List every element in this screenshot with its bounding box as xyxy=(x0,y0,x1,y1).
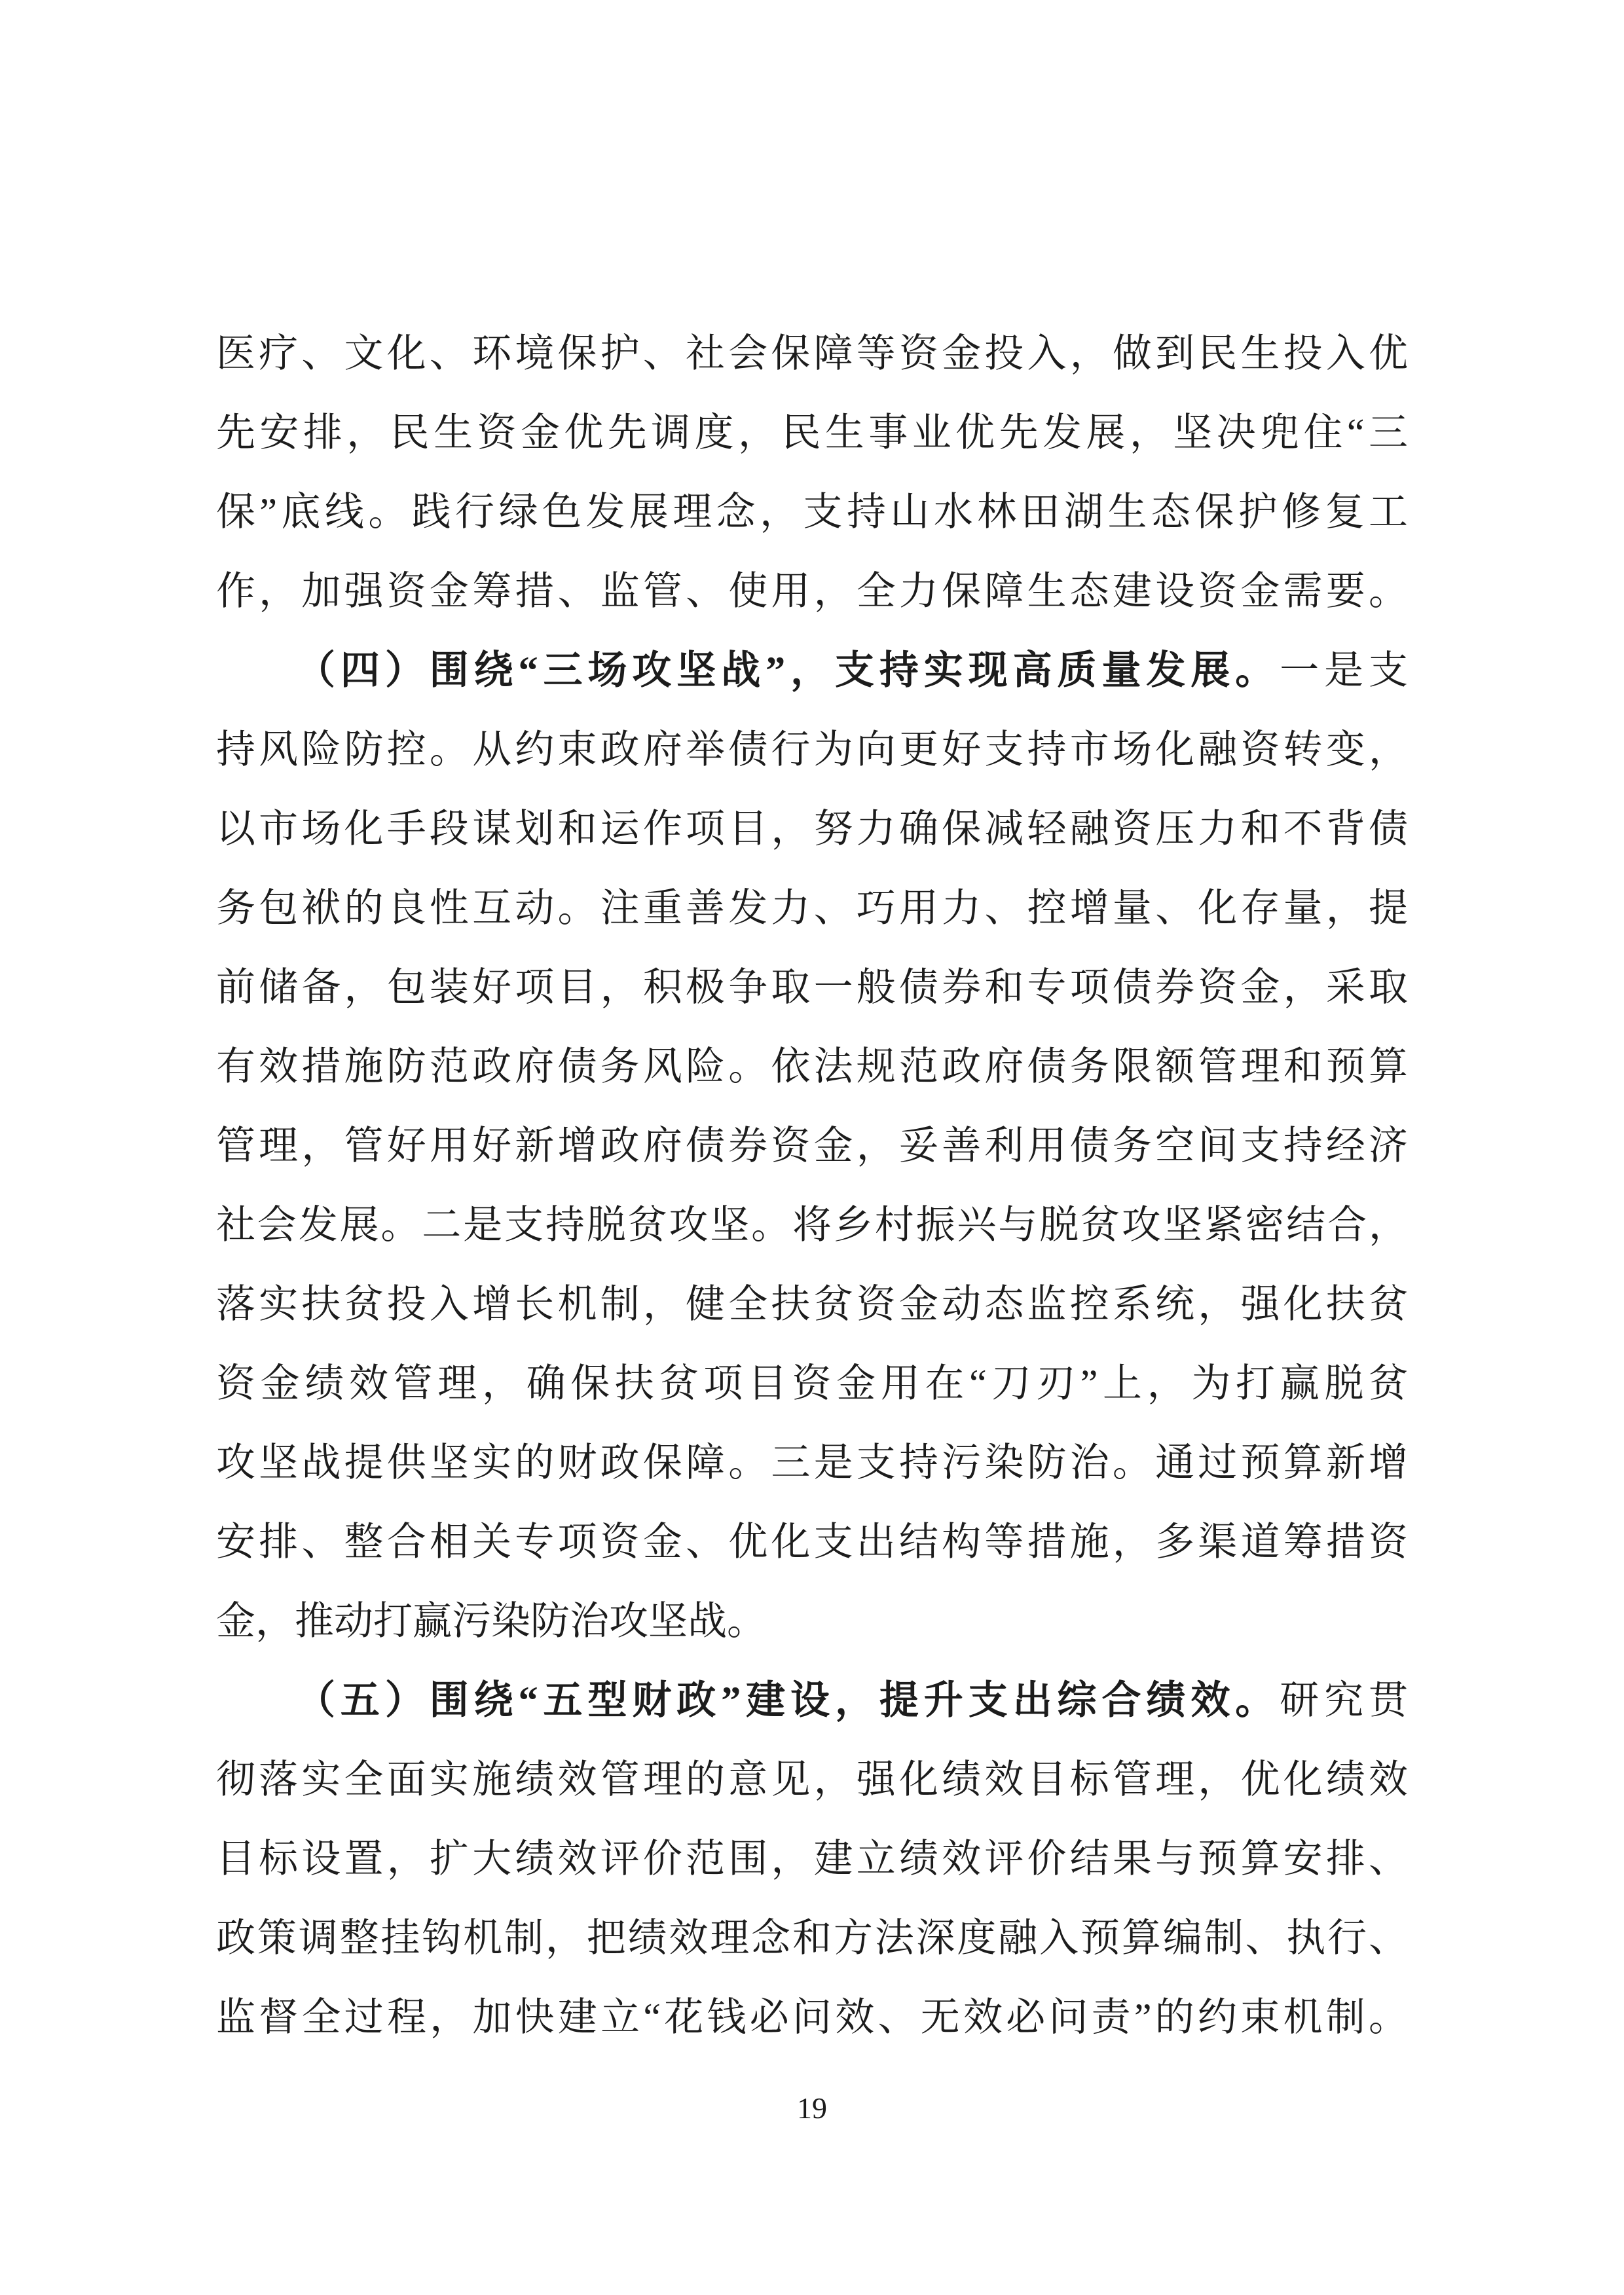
body-text: 保”底线。践行绿色发展理念，支持山水林田湖生态保护修复工 xyxy=(216,490,1408,534)
body-text: 以市场化手段谋划和运作项目，努力确保减轻融资压力和不背债 xyxy=(216,807,1408,851)
text-line: 务包袱的良性互动。注重善发力、巧用力、控增量、化存量，提 xyxy=(216,869,1408,948)
body-text: 持风险防控。从约束政府举债行为向更好支持市场化融资转变， xyxy=(216,728,1408,771)
body-text: 目标设置，扩大绩效评价范围，建立绩效评价结果与预算安排、 xyxy=(216,1837,1408,1881)
text-line: 前储备，包装好项目，积极争取一般债券和专项债券资金，采取 xyxy=(216,948,1408,1027)
section-heading-text: （四）围绕“三场攻坚战”，支持实现高质量发展。 xyxy=(296,649,1280,692)
page-number: 19 xyxy=(0,2090,1624,2127)
body-text: 作，加强资金筹措、监管、使用，全力保障生态建设资金需要。 xyxy=(216,570,1408,613)
body-text: 前储备，包装好项目，积极争取一般债券和专项债券资金，采取 xyxy=(216,966,1408,1009)
body-text: 攻坚战提供坚实的财政保障。三是支持污染防治。通过预算新增 xyxy=(216,1441,1408,1484)
document-page: 医疗、文化、环境保护、社会保障等资金投入，做到民生投入优先安排，民生资金优先调度… xyxy=(0,0,1624,2295)
text-line: 以市场化手段谋划和运作项目，努力确保减轻融资压力和不背债 xyxy=(216,790,1408,869)
body-text: 先安排，民生资金优先调度，民生事业优先发展，坚决兜住“三 xyxy=(216,411,1408,454)
text-line: 目标设置，扩大绩效评价范围，建立绩效评价结果与预算安排、 xyxy=(216,1820,1408,1899)
text-line: （五）围绕“五型财政”建设，提升支出综合绩效。研究贯 xyxy=(216,1661,1408,1740)
body-text: 资金绩效管理，确保扶贫项目资金用在“刀刃”上，为打赢脱贫 xyxy=(216,1362,1408,1405)
text-line: 政策调整挂钩机制，把绩效理念和方法深度融入预算编制、执行、 xyxy=(216,1899,1408,1978)
body-text: 政策调整挂钩机制，把绩效理念和方法深度融入预算编制、执行、 xyxy=(216,1917,1408,1960)
text-line: 社会发展。二是支持脱贫攻坚。将乡村振兴与脱贫攻坚紧密结合， xyxy=(216,1186,1408,1265)
text-line: 管理，管好用好新增政府债券资金，妥善利用债务空间支持经济 xyxy=(216,1107,1408,1186)
body-text: 有效措施防范政府债务风险。依法规范政府债务限额管理和预算 xyxy=(216,1045,1408,1088)
body-text: 社会发展。二是支持脱贫攻坚。将乡村振兴与脱贫攻坚紧密结合， xyxy=(216,1203,1408,1247)
body-text: 一是支 xyxy=(1280,649,1408,692)
text-line: （四）围绕“三场攻坚战”，支持实现高质量发展。一是支 xyxy=(216,631,1408,710)
text-line: 医疗、文化、环境保护、社会保障等资金投入，做到民生投入优 xyxy=(216,314,1408,394)
body-text: 监督全过程，加快建立“花钱必问效、无效必问责”的约束机制。 xyxy=(216,1996,1408,2039)
body-text: 医疗、文化、环境保护、社会保障等资金投入，做到民生投入优 xyxy=(216,332,1408,375)
text-line: 攻坚战提供坚实的财政保障。三是支持污染防治。通过预算新增 xyxy=(216,1423,1408,1503)
body-text: 务包袱的良性互动。注重善发力、巧用力、控增量、化存量，提 xyxy=(216,887,1408,930)
section-heading-text: （五）围绕“五型财政”建设，提升支出综合绩效。 xyxy=(296,1679,1280,1722)
text-line: 持风险防控。从约束政府举债行为向更好支持市场化融资转变， xyxy=(216,710,1408,790)
text-line: 安排、整合相关专项资金、优化支出结构等措施，多渠道筹措资 xyxy=(216,1503,1408,1582)
body-text: 安排、整合相关专项资金、优化支出结构等措施，多渠道筹措资 xyxy=(216,1520,1408,1564)
text-line: 彻落实全面实施绩效管理的意见，强化绩效目标管理，优化绩效 xyxy=(216,1740,1408,1820)
text-line: 监督全过程，加快建立“花钱必问效、无效必问责”的约束机制。 xyxy=(216,1978,1408,2057)
text-line: 作，加强资金筹措、监管、使用，全力保障生态建设资金需要。 xyxy=(216,552,1408,631)
text-line: 有效措施防范政府债务风险。依法规范政府债务限额管理和预算 xyxy=(216,1027,1408,1107)
document-body: 医疗、文化、环境保护、社会保障等资金投入，做到民生投入优先安排，民生资金优先调度… xyxy=(216,314,1408,2057)
body-text: 落实扶贫投入增长机制，健全扶贫资金动态监控系统，强化扶贫 xyxy=(216,1283,1408,1326)
body-text: 研究贯 xyxy=(1280,1679,1408,1722)
body-text: 彻落实全面实施绩效管理的意见，强化绩效目标管理，优化绩效 xyxy=(216,1758,1408,1801)
text-line: 资金绩效管理，确保扶贫项目资金用在“刀刃”上，为打赢脱贫 xyxy=(216,1344,1408,1423)
text-line: 落实扶贫投入增长机制，健全扶贫资金动态监控系统，强化扶贫 xyxy=(216,1265,1408,1344)
body-text: 管理，管好用好新增政府债券资金，妥善利用债务空间支持经济 xyxy=(216,1124,1408,1167)
text-line: 金，推动打赢污染防治攻坚战。 xyxy=(216,1582,1408,1661)
text-line: 保”底线。践行绿色发展理念，支持山水林田湖生态保护修复工 xyxy=(216,473,1408,552)
text-line: 先安排，民生资金优先调度，民生事业优先发展，坚决兜住“三 xyxy=(216,394,1408,473)
body-text: 金，推动打赢污染防治攻坚战。 xyxy=(216,1600,766,1643)
